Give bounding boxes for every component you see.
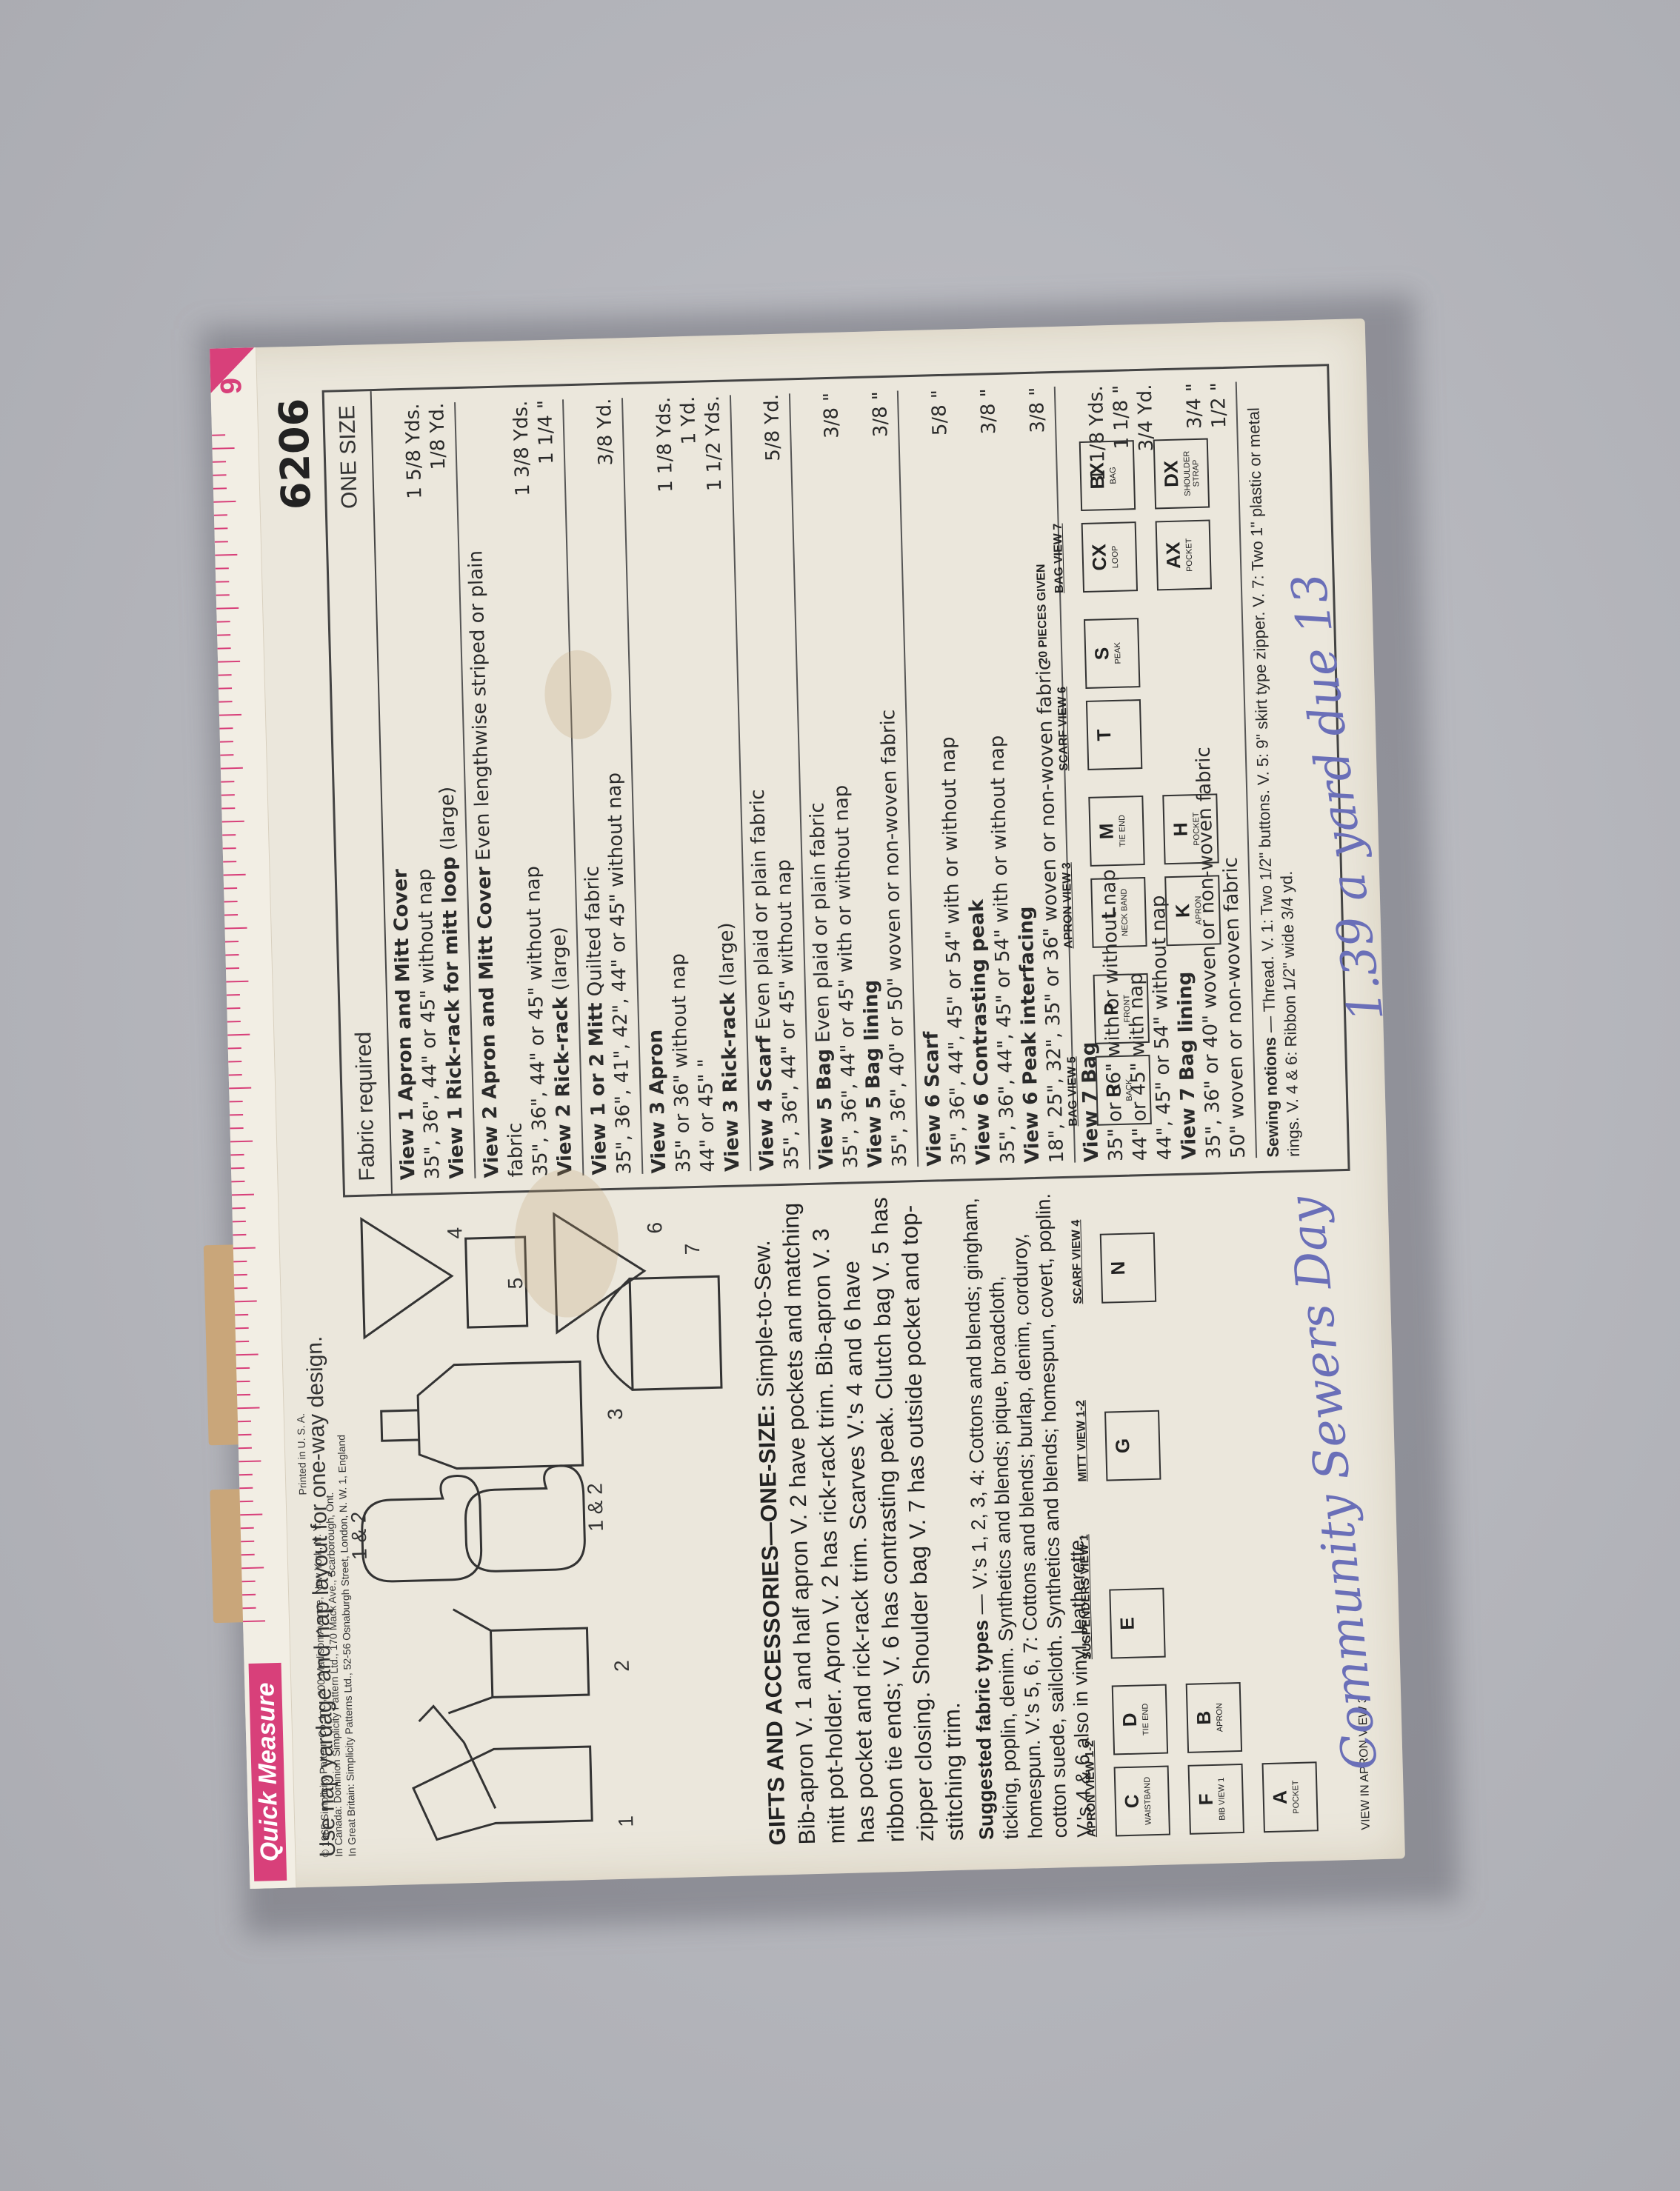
ruler-tick	[224, 901, 238, 902]
view-number-label: 6	[643, 1221, 667, 1233]
pattern-piece: RBACK	[1095, 1055, 1151, 1126]
fabric-row-amount	[568, 398, 596, 510]
ruler-tick	[217, 621, 230, 622]
size-heading: ONE SIZE	[335, 404, 363, 509]
ruler-tick	[220, 754, 233, 756]
pattern-number: 6206	[270, 398, 320, 510]
ruler-tick	[231, 1167, 244, 1169]
ruler-tick	[234, 1287, 247, 1289]
ruler-tick	[220, 741, 233, 742]
envelope-wrapper: Quick Measure 9 Printed in U. S. A. © 19…	[207, 326, 1407, 1881]
piece-letter: H	[1168, 796, 1193, 863]
piece-letter: CX	[1087, 524, 1112, 591]
fabric-row-label: View 3 Apron	[644, 1030, 672, 1174]
pieces-group-title: APRON VIEW 3	[1061, 862, 1076, 949]
fabric-required-heading: Fabric required	[351, 1031, 380, 1181]
pattern-piece: DTIE END	[1112, 1684, 1168, 1755]
fabric-row-view: View 2 Rick-rack	[550, 996, 576, 1176]
ruler-tick	[240, 1513, 262, 1515]
pattern-piece: APOCKET	[1262, 1761, 1319, 1832]
ruler-tick	[239, 1487, 253, 1489]
pieces-group-title: SCARF VIEW 4	[1070, 1220, 1085, 1304]
fabric-table-group: View 5 Bag Even plaid or plain fabric 35…	[790, 390, 919, 1169]
ruler-tick	[239, 1460, 261, 1462]
fabric-row-amount	[627, 397, 655, 509]
fabric-row-desc: (large)	[716, 922, 739, 987]
ruler-tick	[232, 1194, 254, 1196]
ruler-tick	[224, 914, 238, 916]
fabric-row-desc: Quilted fabric	[581, 866, 607, 997]
ruler-tick	[241, 1567, 264, 1569]
ruler-tick	[218, 647, 231, 649]
ruler-tick	[226, 981, 248, 983]
fabric-row-amount	[903, 390, 930, 501]
ruler-tick	[219, 714, 241, 716]
ruler-tick	[215, 554, 237, 556]
ruler-tick	[236, 1354, 259, 1356]
pattern-piece: MTIE END	[1088, 796, 1144, 867]
piece-letter: D	[1118, 1686, 1142, 1753]
fabric-row-desc: 44" or 45" "	[694, 1058, 719, 1173]
ruler-tick	[235, 1301, 257, 1303]
piece-letter: T	[1092, 701, 1116, 769]
pieces-group-title: BAG VIEW 7	[1052, 523, 1067, 593]
fabric-row-amount: 1 Yd.	[676, 396, 704, 507]
piece-letter: A	[1268, 1764, 1293, 1831]
fabric-table-group: View 2 Apron and Mitt Cover Even lengthw…	[456, 399, 584, 1178]
fabric-row-amount: 1 3/8 Yds.	[509, 400, 536, 512]
view-number-label: 2	[610, 1660, 634, 1672]
ruler-tick	[223, 861, 236, 862]
fabric-row-amount	[795, 393, 822, 504]
view-number-label: 3	[604, 1408, 627, 1420]
ruler-tick	[214, 527, 227, 529]
ruler-tick	[243, 1620, 265, 1622]
piece-letter: B	[1192, 1684, 1216, 1752]
piece-name: BIB VIEW 1	[1217, 1766, 1227, 1832]
pattern-piece: BAPRON	[1186, 1682, 1242, 1753]
fabric-row-desc: (large)	[548, 927, 572, 991]
ruler-tick	[230, 1114, 243, 1115]
piece-letter: C	[1120, 1767, 1144, 1835]
fabric-row-amount: 3/8 "	[819, 392, 847, 504]
ruler-tick	[215, 541, 228, 542]
fabric-row-label: View 6 Scarf	[920, 1031, 948, 1167]
ruler-tick	[233, 1221, 246, 1222]
fabric-row-amount: 1 5/8 Yds.	[401, 403, 428, 515]
fabric-row-view: View 5 Bag lining	[860, 979, 887, 1168]
ruler-tick	[224, 887, 237, 889]
fabric-row-view: View 4 Scarf	[753, 1036, 779, 1171]
ruler-tick	[213, 447, 235, 450]
piece-letter: K	[1170, 877, 1195, 944]
ruler-tick	[213, 461, 226, 462]
fabric-row-view: View 2 Apron and Mitt Cover	[473, 867, 503, 1178]
fabric-row-amount	[736, 394, 763, 506]
piece-letter: F	[1194, 1766, 1219, 1833]
piece-name: LOOP	[1110, 524, 1121, 590]
pattern-piece: KAPRON	[1164, 875, 1221, 946]
fabric-row-view: View 3 Apron	[644, 1030, 670, 1174]
ruler-tick	[228, 1061, 241, 1062]
piece-letter: P	[1099, 976, 1124, 1043]
ruler-tick	[242, 1594, 256, 1595]
fabric-row-amount: 3/8 "	[976, 388, 1004, 500]
piece-letter: R	[1101, 1057, 1126, 1124]
ruler-tick	[227, 1007, 240, 1009]
piece-letter: E	[1115, 1590, 1139, 1658]
fabric-row-view: View 3 Rick-rack	[717, 992, 744, 1172]
ruler-tick	[238, 1421, 251, 1422]
ruler-tick	[228, 1047, 241, 1049]
pieces-group-title: APRON VIEW 1-2	[1084, 1740, 1099, 1837]
pattern-piece: N	[1100, 1233, 1156, 1304]
ruler-tick	[236, 1341, 249, 1342]
fabric-row-view: View 1 or 2 Mitt	[584, 1002, 611, 1175]
ruler-tick	[240, 1501, 253, 1502]
ruler-tick	[238, 1434, 251, 1435]
piece-letter: G	[1110, 1413, 1135, 1480]
ruler-tick	[214, 514, 227, 516]
fabric-row-amount: 5/8 "	[927, 390, 955, 501]
fabric-row-label: 44" or 45" "	[693, 1058, 721, 1173]
fabric-row-amount: 1 1/8 Yds.	[652, 396, 679, 508]
ruler-tick	[225, 941, 239, 942]
left-column: Use nap yardage and nap layout for one-w…	[299, 1185, 1097, 1857]
piece-name: NECK BAND	[1119, 879, 1130, 946]
ruler-tick	[233, 1247, 256, 1250]
ruler-tick	[237, 1407, 259, 1409]
ruler-tick	[241, 1527, 254, 1529]
quick-measure-ruler: Quick Measure 9	[210, 347, 296, 1889]
piece-letter: S	[1090, 620, 1114, 687]
ruler-tick	[222, 834, 236, 836]
ruler-tick	[226, 967, 239, 969]
pattern-piece: G	[1104, 1410, 1161, 1481]
piece-name: FRONT	[1122, 976, 1133, 1042]
ruler-tick	[234, 1274, 247, 1275]
ruler-tick	[221, 767, 243, 770]
pattern-description: GIFTS AND ACCESSORIES—ONE-SIZE: Simple-t…	[746, 1189, 970, 1846]
ruler-tick	[219, 727, 233, 729]
fabric-table-group: View 3 Apron 35" or 36" without nap1 1/8…	[623, 395, 751, 1173]
piece-name: POCKET	[1184, 521, 1195, 588]
ruler-tick	[216, 581, 229, 582]
pieces-group-title: MITT VIEW 1-2	[1075, 1400, 1090, 1482]
piece-name: APRON	[1193, 877, 1204, 944]
ruler-tick	[233, 1234, 246, 1235]
pattern-piece: AXPOCKET	[1156, 520, 1212, 591]
ruler-tick	[231, 1181, 244, 1182]
ruler-tick	[239, 1447, 252, 1449]
ruler-tick	[221, 794, 235, 796]
ruler-tick	[223, 847, 236, 849]
ruler-tick	[229, 1087, 251, 1090]
ruler-tick	[231, 1154, 244, 1155]
ruler-tick	[230, 1141, 253, 1143]
pattern-piece: SPEAK	[1084, 618, 1140, 689]
fabric-row-view: View 5 Bag	[813, 1049, 838, 1170]
ruler-tick	[213, 474, 226, 476]
fabric-row-amount: 1 1/2 Yds.	[701, 396, 728, 507]
fabric-row-amount	[952, 389, 979, 501]
ruler-tick	[237, 1394, 250, 1395]
ruler-tick	[230, 1101, 243, 1102]
ruler-tick	[241, 1541, 254, 1542]
ruler-tick	[243, 1607, 256, 1609]
piece-letter: BX	[1085, 442, 1110, 510]
piece-letter: DX	[1159, 440, 1184, 507]
fabric-row-amount: 1 1/4 "	[533, 399, 561, 511]
piece-name: TIE END	[1117, 798, 1127, 864]
ruler-tick	[213, 501, 236, 503]
piece-name: BAG	[1108, 442, 1119, 509]
ruler-corner-marker	[210, 347, 256, 393]
ruler-tick	[221, 781, 234, 782]
ruler-tick	[229, 1074, 242, 1076]
pattern-piece: CXLOOP	[1081, 521, 1138, 593]
pieces-group-title: BAG VIEW 5	[1065, 1056, 1080, 1127]
piece-name: APRON	[1215, 1684, 1225, 1751]
pattern-piece: FBIB VIEW 1	[1188, 1764, 1244, 1835]
ruler-tick	[227, 994, 240, 996]
pattern-piece: DXSHOULDER STRAP	[1153, 438, 1210, 510]
quick-measure-label: Quick Measure	[249, 1663, 287, 1881]
ruler-tick	[239, 1474, 253, 1475]
ruler-tick	[219, 687, 232, 689]
pattern-piece: PFRONT	[1093, 973, 1150, 1044]
piece-name: SHOULDER STRAP	[1182, 440, 1201, 507]
piece-name: POCKET	[1291, 1764, 1301, 1830]
pattern-piece: E	[1109, 1588, 1165, 1659]
ruler-tick	[225, 927, 247, 930]
ruler-tick	[216, 567, 229, 569]
pattern-piece: CWAISTBAND	[1114, 1766, 1170, 1837]
ruler-tick	[236, 1367, 250, 1369]
ruler-tick	[218, 661, 240, 663]
view-number-label: 1 & 2	[583, 1483, 608, 1532]
view-number-label: 4	[443, 1227, 467, 1239]
piece-name: WAISTBAND	[1143, 1767, 1153, 1834]
ruler-tick	[233, 1261, 247, 1262]
fabric-row-desc: 35" or 36" without nap	[667, 953, 696, 1173]
ruler-tick	[241, 1554, 255, 1555]
piece-name: PEAK	[1113, 620, 1123, 687]
fabric-row-view: View 6 Scarf	[921, 1031, 947, 1167]
piece-name: POCKET	[1191, 796, 1201, 862]
fabric-row-amount: 1/8 Yd.	[425, 402, 453, 514]
fabric-row-amount	[460, 401, 512, 513]
ruler-tick	[217, 634, 230, 636]
ruler-tick	[216, 607, 239, 610]
ruler-tick	[235, 1314, 248, 1315]
view-number-label: 7	[681, 1243, 704, 1255]
piece-letter: AX	[1161, 521, 1186, 589]
fabric-row-amount	[844, 392, 871, 504]
ruler-tick	[242, 1581, 256, 1582]
ruler-tick	[219, 674, 232, 676]
fabric-row-amount: 3/8 Yd.	[593, 398, 620, 510]
pattern-piece: LNECK BAND	[1090, 877, 1147, 948]
pattern-envelope: Quick Measure 9 Printed in U. S. A. © 19…	[210, 319, 1405, 1889]
piece-letter: L	[1096, 879, 1121, 947]
ruler-tick	[237, 1381, 250, 1382]
piece-name: BACK	[1124, 1056, 1134, 1123]
ruler-tick	[230, 1127, 244, 1129]
fabric-row-desc: Even plaid or plain fabric	[747, 789, 775, 1030]
piece-letter: M	[1094, 798, 1119, 865]
pattern-piece: T	[1086, 699, 1142, 770]
ruler-tick	[222, 821, 244, 823]
ruler-tick	[236, 1327, 249, 1329]
pattern-piece: HPOCKET	[1162, 793, 1219, 864]
view-number-label: 1	[614, 1815, 638, 1827]
view-number-label: 1 & 2	[347, 1511, 372, 1560]
ruler-tick	[213, 487, 227, 489]
ruler-tick	[225, 954, 239, 956]
fabric-row-amount	[1001, 387, 1028, 499]
ruler-tick	[212, 434, 225, 436]
ruler-tick	[232, 1207, 245, 1209]
ruler-tick	[219, 701, 233, 702]
pieces-group-title: SCARF VIEW 6	[1056, 687, 1071, 771]
fabric-row-amount: 3/8 "	[868, 391, 896, 503]
ruler-tick	[227, 1034, 250, 1036]
fabric-row-amount	[376, 404, 404, 516]
fabric-row-desc: (large)	[436, 787, 460, 851]
ruler-tick	[224, 874, 246, 876]
piece-name: TIE END	[1141, 1686, 1151, 1753]
pieces-count: 20 PIECES GIVEN	[1035, 564, 1051, 664]
piece-letter: N	[1106, 1235, 1130, 1302]
ruler-tick	[221, 807, 235, 809]
ruler-tick	[216, 594, 230, 596]
pattern-piece: BXBAG	[1079, 440, 1136, 511]
pieces-group-title: SUSPENDERS VIEW 1	[1078, 1534, 1094, 1659]
fabric-types-title: Suggested fabric types	[970, 1620, 998, 1841]
ruler-tick	[227, 1021, 241, 1022]
fabric-row-amount: 5/8 Yd.	[760, 393, 787, 505]
